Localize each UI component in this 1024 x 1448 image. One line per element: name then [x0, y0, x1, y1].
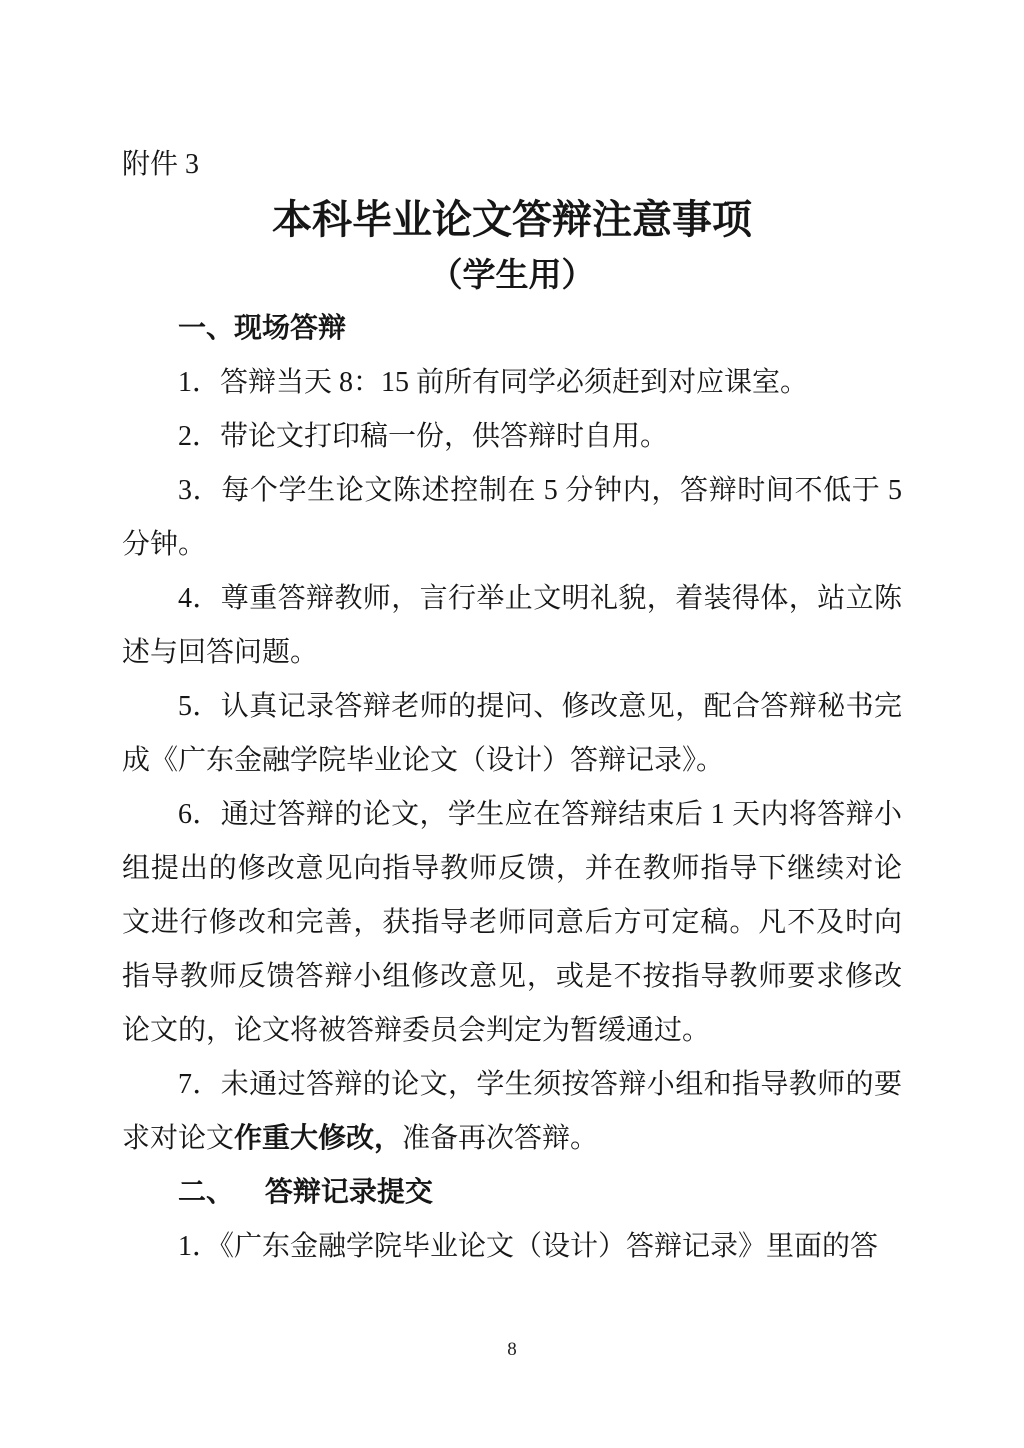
section-1-paragraph-3: 3．每个学生论文陈述控制在 5 分钟内，答辩时间不低于 5 分钟。 — [122, 464, 902, 572]
section-1-heading: 一、现场答辩 — [122, 302, 902, 356]
section-2-paragraph-1: 1．《广东金融学院毕业论文（设计）答辩记录》里面的答 — [122, 1220, 902, 1274]
section-1-paragraph-7: 7．未通过答辩的论文，学生须按答辩小组和指导教师的要求对论文作重大修改，准备再次… — [122, 1058, 902, 1166]
section-1-paragraph-1: 1．答辩当天 8：15 前所有同学必须赶到对应课室。 — [122, 356, 902, 410]
document-subtitle: （学生用） — [122, 250, 902, 302]
document-title: 本科毕业论文答辩注意事项 — [122, 190, 902, 250]
section-1-paragraph-2: 2．带论文打印稿一份，供答辩时自用。 — [122, 410, 902, 464]
section-2-heading: 二、答辩记录提交 — [122, 1166, 902, 1220]
section-1-paragraph-7-bold-phrase: 作重大修改， — [234, 1123, 402, 1154]
section-2-heading-label: 答辩记录提交 — [265, 1177, 433, 1208]
attachment-label: 附件 3 — [122, 148, 902, 182]
page-number: 8 — [0, 1338, 1024, 1362]
section-1-paragraph-5: 5．认真记录答辩老师的提问、修改意见，配合答辩秘书完成《广东金融学院毕业论文（设… — [122, 680, 902, 788]
section-2-heading-number: 二、 — [178, 1177, 234, 1208]
section-1-paragraph-4: 4．尊重答辩教师，言行举止文明礼貌，着装得体，站立陈述与回答问题。 — [122, 572, 902, 680]
section-1-paragraph-6: 6．通过答辩的论文，学生应在答辩结束后 1 天内将答辩小组提出的修改意见向指导教… — [122, 788, 902, 1058]
document-page: 附件 3 本科毕业论文答辩注意事项 （学生用） 一、现场答辩 1．答辩当天 8：… — [0, 0, 1024, 1448]
section-1-paragraph-7-suffix: 准备再次答辩。 — [402, 1123, 598, 1154]
